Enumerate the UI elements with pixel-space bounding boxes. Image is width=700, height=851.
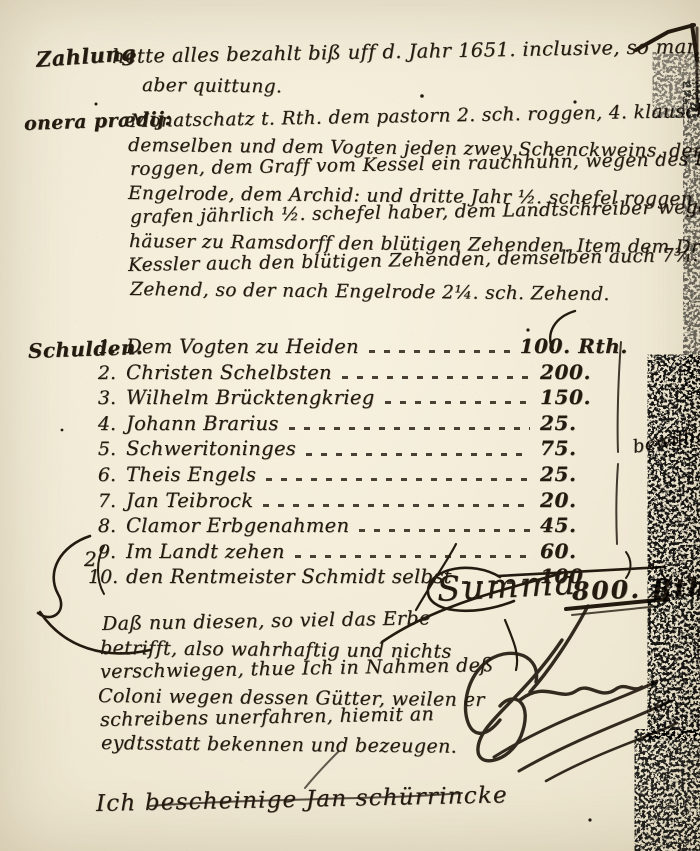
dotted-leader — [369, 350, 510, 353]
debt-row: 7. Jan Teibrock 20. — [88, 488, 628, 514]
summa-label: Summa — [436, 565, 578, 610]
dotted-leader — [385, 401, 530, 404]
debtor-name: Theis Engels — [126, 463, 256, 486]
debt-row: 4. Johann Brarius 25. — [88, 411, 628, 437]
debt-number: 4. — [88, 413, 116, 435]
folio-mark: 2 — [84, 548, 97, 570]
debt-row: 1. Dem Vogten zu Heiden 100. Rth. — [88, 334, 628, 360]
debt-amount: 25. — [540, 411, 628, 435]
debt-number: 1. — [88, 336, 116, 358]
debt-amount: 60. — [540, 539, 628, 563]
debtor-name: den Rentmeister Schmidt selbst — [126, 565, 452, 588]
debt-row: 2. Christen Schelbsten 200. — [88, 360, 628, 386]
debt-number: 3. — [88, 387, 116, 409]
debt-amount: 45. — [540, 513, 628, 537]
debt-amount: 100. Rth. — [520, 334, 628, 358]
attestation-line: Ich bescheinige Jan schürrincke — [96, 783, 508, 817]
closing-line: Daß nun diesen, so viel das Erbe — [102, 608, 431, 635]
dotted-leader — [289, 427, 530, 430]
manuscript-page: Zahlung hette alles bezahlt biß uff d. J… — [0, 0, 700, 851]
debtor-name: Dem Vogten zu Heiden — [126, 335, 359, 358]
debt-row: 6. Theis Engels 25. — [88, 462, 628, 488]
closing-line: eydtsstatt bekennen und bezeugen. — [101, 733, 457, 758]
closing-line: verschwiegen, thue Ich in Nahmen deß — [100, 655, 494, 683]
debt-number: 6. — [88, 464, 116, 486]
signature-flourish — [466, 606, 677, 781]
dotted-leader — [359, 529, 530, 532]
onera-line: Zehend, so der nach Engelrode 2¼. sch. Z… — [130, 280, 610, 305]
dotted-leader — [342, 376, 530, 379]
debt-row: 3. Wilhelm Brücktengkrieg 150. — [88, 385, 628, 411]
debt-row: 5. Schweritoninges 75. — [88, 436, 628, 462]
header-line-2: aber quittung. — [142, 76, 282, 98]
debt-row: 8. Clamor Erbgenahmen 45. — [88, 513, 628, 539]
debtor-name: Clamor Erbgenahmen — [126, 514, 349, 537]
debt-amount: 200. — [540, 360, 628, 384]
dotted-leader — [306, 453, 530, 456]
debt-number: 2. — [88, 362, 116, 384]
debt-amount: 25. — [540, 462, 628, 486]
dotted-leader — [263, 504, 530, 507]
debtor-name: Christen Schelbsten — [126, 361, 332, 384]
debt-amount: 150. — [540, 385, 628, 409]
dotted-leader — [266, 478, 530, 481]
attestation-ascender-stroke — [305, 752, 338, 788]
debtor-name: Im Landt zehen — [126, 540, 285, 563]
debt-number: 5. — [88, 438, 116, 460]
closing-line: schreibens unerfahren, hiemit an — [100, 704, 435, 731]
debtor-name: Wilhelm Brücktengkrieg — [126, 386, 375, 409]
debtor-name: Schweritoninges — [126, 437, 296, 460]
margin-note: bewilligt — [631, 424, 700, 458]
debtor-name: Johann Brarius — [126, 412, 279, 435]
debtor-name: Jan Teibrock — [126, 489, 253, 512]
summa-amount: 800. Rth — [572, 573, 700, 605]
debt-row: 9. Im Landt zehen 60. — [88, 539, 628, 565]
onera-line: Monatschatz t. Rth. dem pastorn 2. sch. … — [130, 100, 700, 132]
debt-number: 8. — [88, 515, 116, 537]
debt-number: 7. — [88, 490, 116, 512]
debt-amount: 75. — [540, 436, 628, 460]
debt-amount: 20. — [540, 488, 628, 512]
dotted-leader — [295, 555, 530, 558]
header-line-1: hette alles bezahlt biß uff d. Jahr 1651… — [112, 35, 700, 67]
debts-list: 1. Dem Vogten zu Heiden 100. Rth. 2. Chr… — [88, 334, 628, 590]
